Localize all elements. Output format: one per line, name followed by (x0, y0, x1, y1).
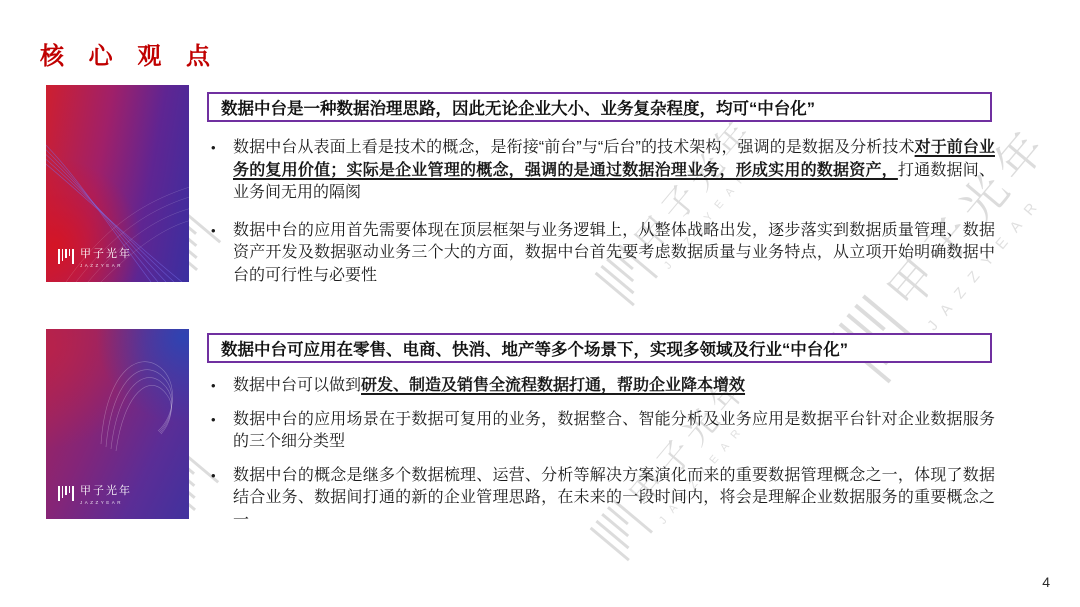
plain-text: 数据中台的应用场景在于数据可复用的业务，数据整合、智能分析及业务应用是数据平台针… (233, 411, 995, 451)
emphasized-text: 研发、制造及销售全流程数据打通，帮助企业降本增效 (361, 377, 745, 394)
logo-text: 甲子光年 (80, 245, 132, 261)
bullet-icon: • (207, 465, 233, 533)
section-1-headline: 数据中台是一种数据治理思路，因此无论企业大小、业务复杂程度，均可“中台化” (221, 95, 815, 119)
section-1-headline-box: 数据中台是一种数据治理思路，因此无论企业大小、业务复杂程度，均可“中台化” (207, 92, 992, 122)
bullet-text: 数据中台的概念是继多个数据梳理、运营、分析等解决方案演化而来的重要数据管理概念之… (233, 465, 995, 533)
brand-cover-image-2: 甲子光年 JAZZYEAR (46, 329, 189, 519)
plain-text: 数据中台的应用首先需要体现在顶层框架与业务逻辑上，从整体战略出发，逐步落实到数据… (233, 222, 995, 284)
section-2-bullets: •数据中台可以做到研发、制造及销售全流程数据打通，帮助企业降本增效•数据中台的应… (207, 375, 995, 543)
bullet-item: •数据中台的应用首先需要体现在顶层框架与业务逻辑上，从整体战略出发，逐步落实到数… (207, 220, 995, 288)
logo-subtext: JAZZYEAR (80, 263, 132, 268)
brand-bars-icon (58, 249, 74, 264)
bullet-icon: • (207, 409, 233, 454)
bullet-icon: • (207, 220, 233, 288)
bullet-item: •数据中台可以做到研发、制造及销售全流程数据打通，帮助企业降本增效 (207, 375, 995, 398)
plain-text: 数据中台从表面上看是技术的概念，是衔接“前台”与“后台”的技术架构，强调的是数据… (233, 139, 915, 156)
bullet-item: •数据中台的应用场景在于数据可复用的业务，数据整合、智能分析及业务应用是数据平台… (207, 409, 995, 454)
bullet-icon: • (207, 137, 233, 205)
bullet-item: •数据中台从表面上看是技术的概念，是衔接“前台”与“后台”的技术架构，强调的是数… (207, 137, 995, 205)
bullet-icon: • (207, 375, 233, 398)
bullet-text: 数据中台的应用首先需要体现在顶层框架与业务逻辑上，从整体战略出发，逐步落实到数据… (233, 220, 995, 288)
bullet-item: •数据中台的概念是继多个数据梳理、运营、分析等解决方案演化而来的重要数据管理概念… (207, 465, 995, 533)
brand-bars-icon (58, 486, 74, 501)
logo-text: 甲子光年 (80, 482, 132, 498)
plain-text: 数据中台可以做到 (233, 377, 361, 394)
bullet-text: 数据中台的应用场景在于数据可复用的业务，数据整合、智能分析及业务应用是数据平台针… (233, 409, 995, 454)
section-2-headline: 数据中台可应用在零售、电商、快消、地产等多个场景下，实现多领域及行业“中台化” (221, 336, 848, 360)
bullet-text: 数据中台可以做到研发、制造及销售全流程数据打通，帮助企业降本增效 (233, 375, 745, 398)
page-title: 核 心 观 点 (40, 36, 219, 71)
logo-subtext: JAZZYEAR (80, 500, 132, 505)
page-number: 4 (1042, 574, 1050, 590)
section-2-headline-box: 数据中台可应用在零售、电商、快消、地产等多个场景下，实现多领域及行业“中台化” (207, 333, 992, 363)
slide: 甲子光年 JAZZYEAR 甲子光年 JAZZYEAR 甲子光年 JAZZYEA… (0, 0, 1080, 607)
brand-logo: 甲子光年 JAZZYEAR (58, 245, 132, 268)
section-1-bullets: •数据中台从表面上看是技术的概念，是衔接“前台”与“后台”的技术架构，强调的是数… (207, 137, 995, 302)
plain-text: 数据中台的概念是继多个数据梳理、运营、分析等解决方案演化而来的重要数据管理概念之… (233, 467, 995, 529)
brand-logo: 甲子光年 JAZZYEAR (58, 482, 132, 505)
brand-cover-image-1: 甲子光年 JAZZYEAR (46, 85, 189, 282)
bullet-text: 数据中台从表面上看是技术的概念，是衔接“前台”与“后台”的技术架构，强调的是数据… (233, 137, 995, 205)
